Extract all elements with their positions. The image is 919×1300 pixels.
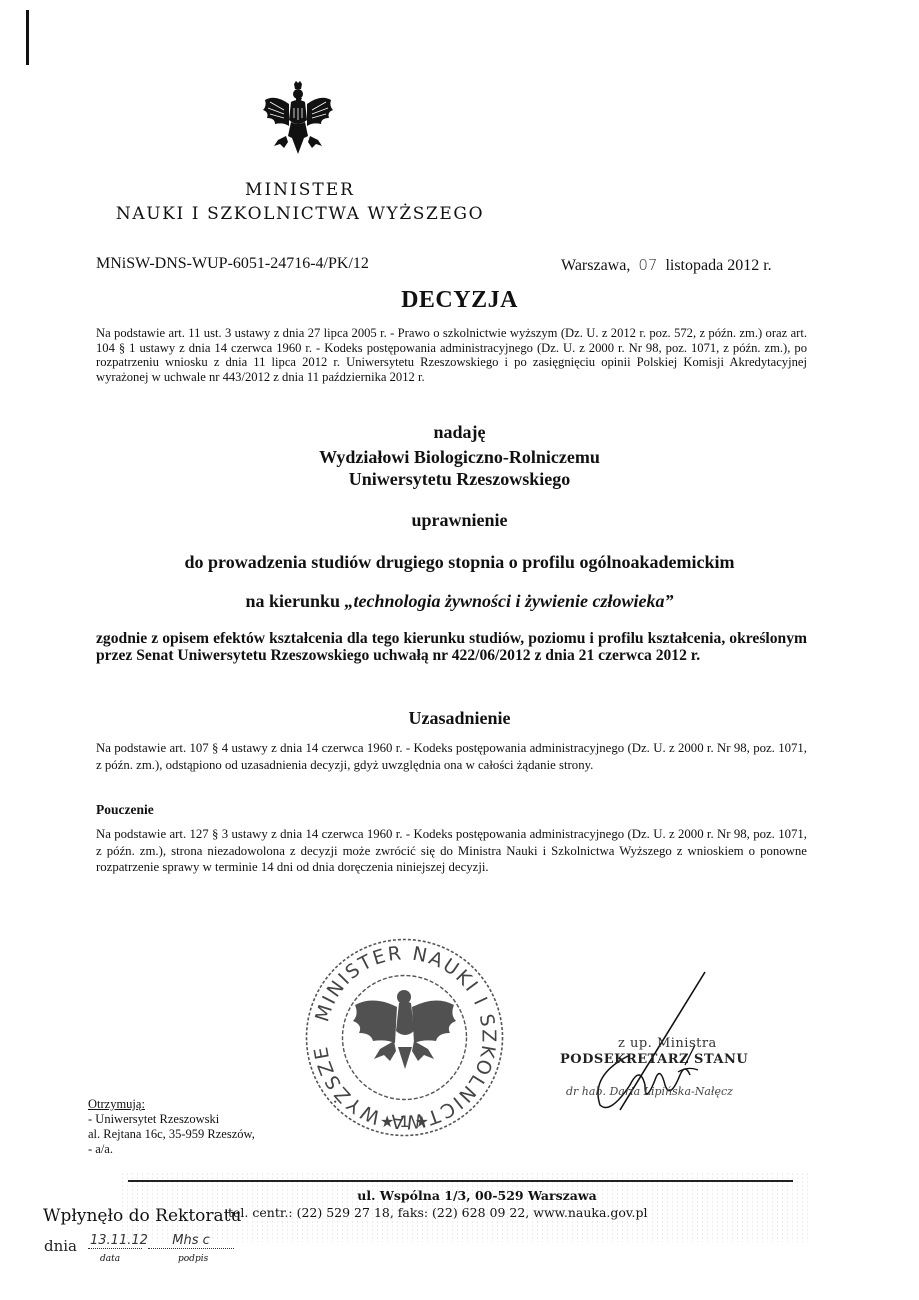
grant-faculty: Wydziałowi Biologiczno-Rolniczemu [0,447,919,467]
footer-address: ul. Wspólna 1/3, 00-529 Warszawa [0,1188,919,1203]
date-prefix: Warszawa, [561,257,630,274]
justification-heading: Uzasadnienie [0,708,919,729]
recipient-line: - a/a. [88,1142,255,1157]
received-signature-caption: podpis [178,1254,208,1264]
instruction-text: Na podstawie art. 127 § 3 ustawy z dnia … [96,826,807,876]
date-suffix: listopada 2012 r. [665,257,771,274]
field-name: „technologia żywności i żywienie człowie… [345,591,674,611]
received-date-prefix: dnia [44,1237,77,1255]
received-date-caption: data [100,1254,120,1264]
received-date-value: 13.11.12 [88,1233,142,1249]
grant-verb: nadaję [0,423,919,442]
minister-title: MINISTER [0,180,600,200]
footer-contact: tel. centr.: (22) 529 27 18, faks: (22) … [228,1205,647,1220]
reference-number: MNiSW-DNS-WUP-6051-24716-4/PK/12 [96,255,369,273]
recipients-block: Otrzymują: - Uniwersytet Rzeszowski al. … [88,1097,255,1157]
document-title: DECYZJA [0,287,919,314]
legal-basis-paragraph: Na podstawie art. 11 ust. 3 ustawy z dni… [96,326,807,384]
date-handwritten-day: 07 [638,256,657,274]
recipients-heading: Otrzymują: [88,1097,255,1112]
document-date: Warszawa, 07 listopada 2012 r. [561,256,772,275]
seal-number: ★ 1 ★ [380,1112,429,1131]
grant-object: uprawnienie [0,510,919,531]
field-prefix: na kierunku [245,591,340,611]
eagle-emblem-icon [258,78,338,158]
recipient-line: al. Rejtana 16c, 35-959 Rzeszów, [88,1127,255,1142]
grant-scope: do prowadzenia studiów drugiego stopnia … [0,552,919,573]
justification-text: Na podstawie art. 107 § 4 ustawy z dnia … [96,740,807,773]
recipient-line: - Uniwersytet Rzeszowski [88,1112,255,1127]
signature-authority: z up. Ministra [618,1036,717,1051]
signatory-name: dr hab. Daria Lipińska-Nałęcz [566,1085,733,1098]
footer-divider [128,1180,793,1182]
seal-eagle-icon [353,990,456,1069]
margin-mark [26,10,29,65]
ministry-name: NAUKI I SZKOLNICTWA WYŻSZEGO [0,204,600,224]
received-signature: Mhs c [148,1233,234,1249]
grant-university: Uniwersytetu Rzeszowskiego [0,469,919,489]
grant-field: na kierunku „technologia żywności i żywi… [0,591,919,612]
received-stamp-label: Wpłynęło do Rektoratu [43,1206,241,1226]
compliance-paragraph: zgodnie z opisem efektów kształcenia dla… [96,630,807,664]
instruction-heading: Pouczenie [96,802,154,818]
signature-position: PODSEKRETARZ STANU [560,1052,748,1067]
official-seal-stamp: MINISTER NAUKI I SZKOLNICTWA WYŻSZEGO ★ … [302,935,507,1140]
